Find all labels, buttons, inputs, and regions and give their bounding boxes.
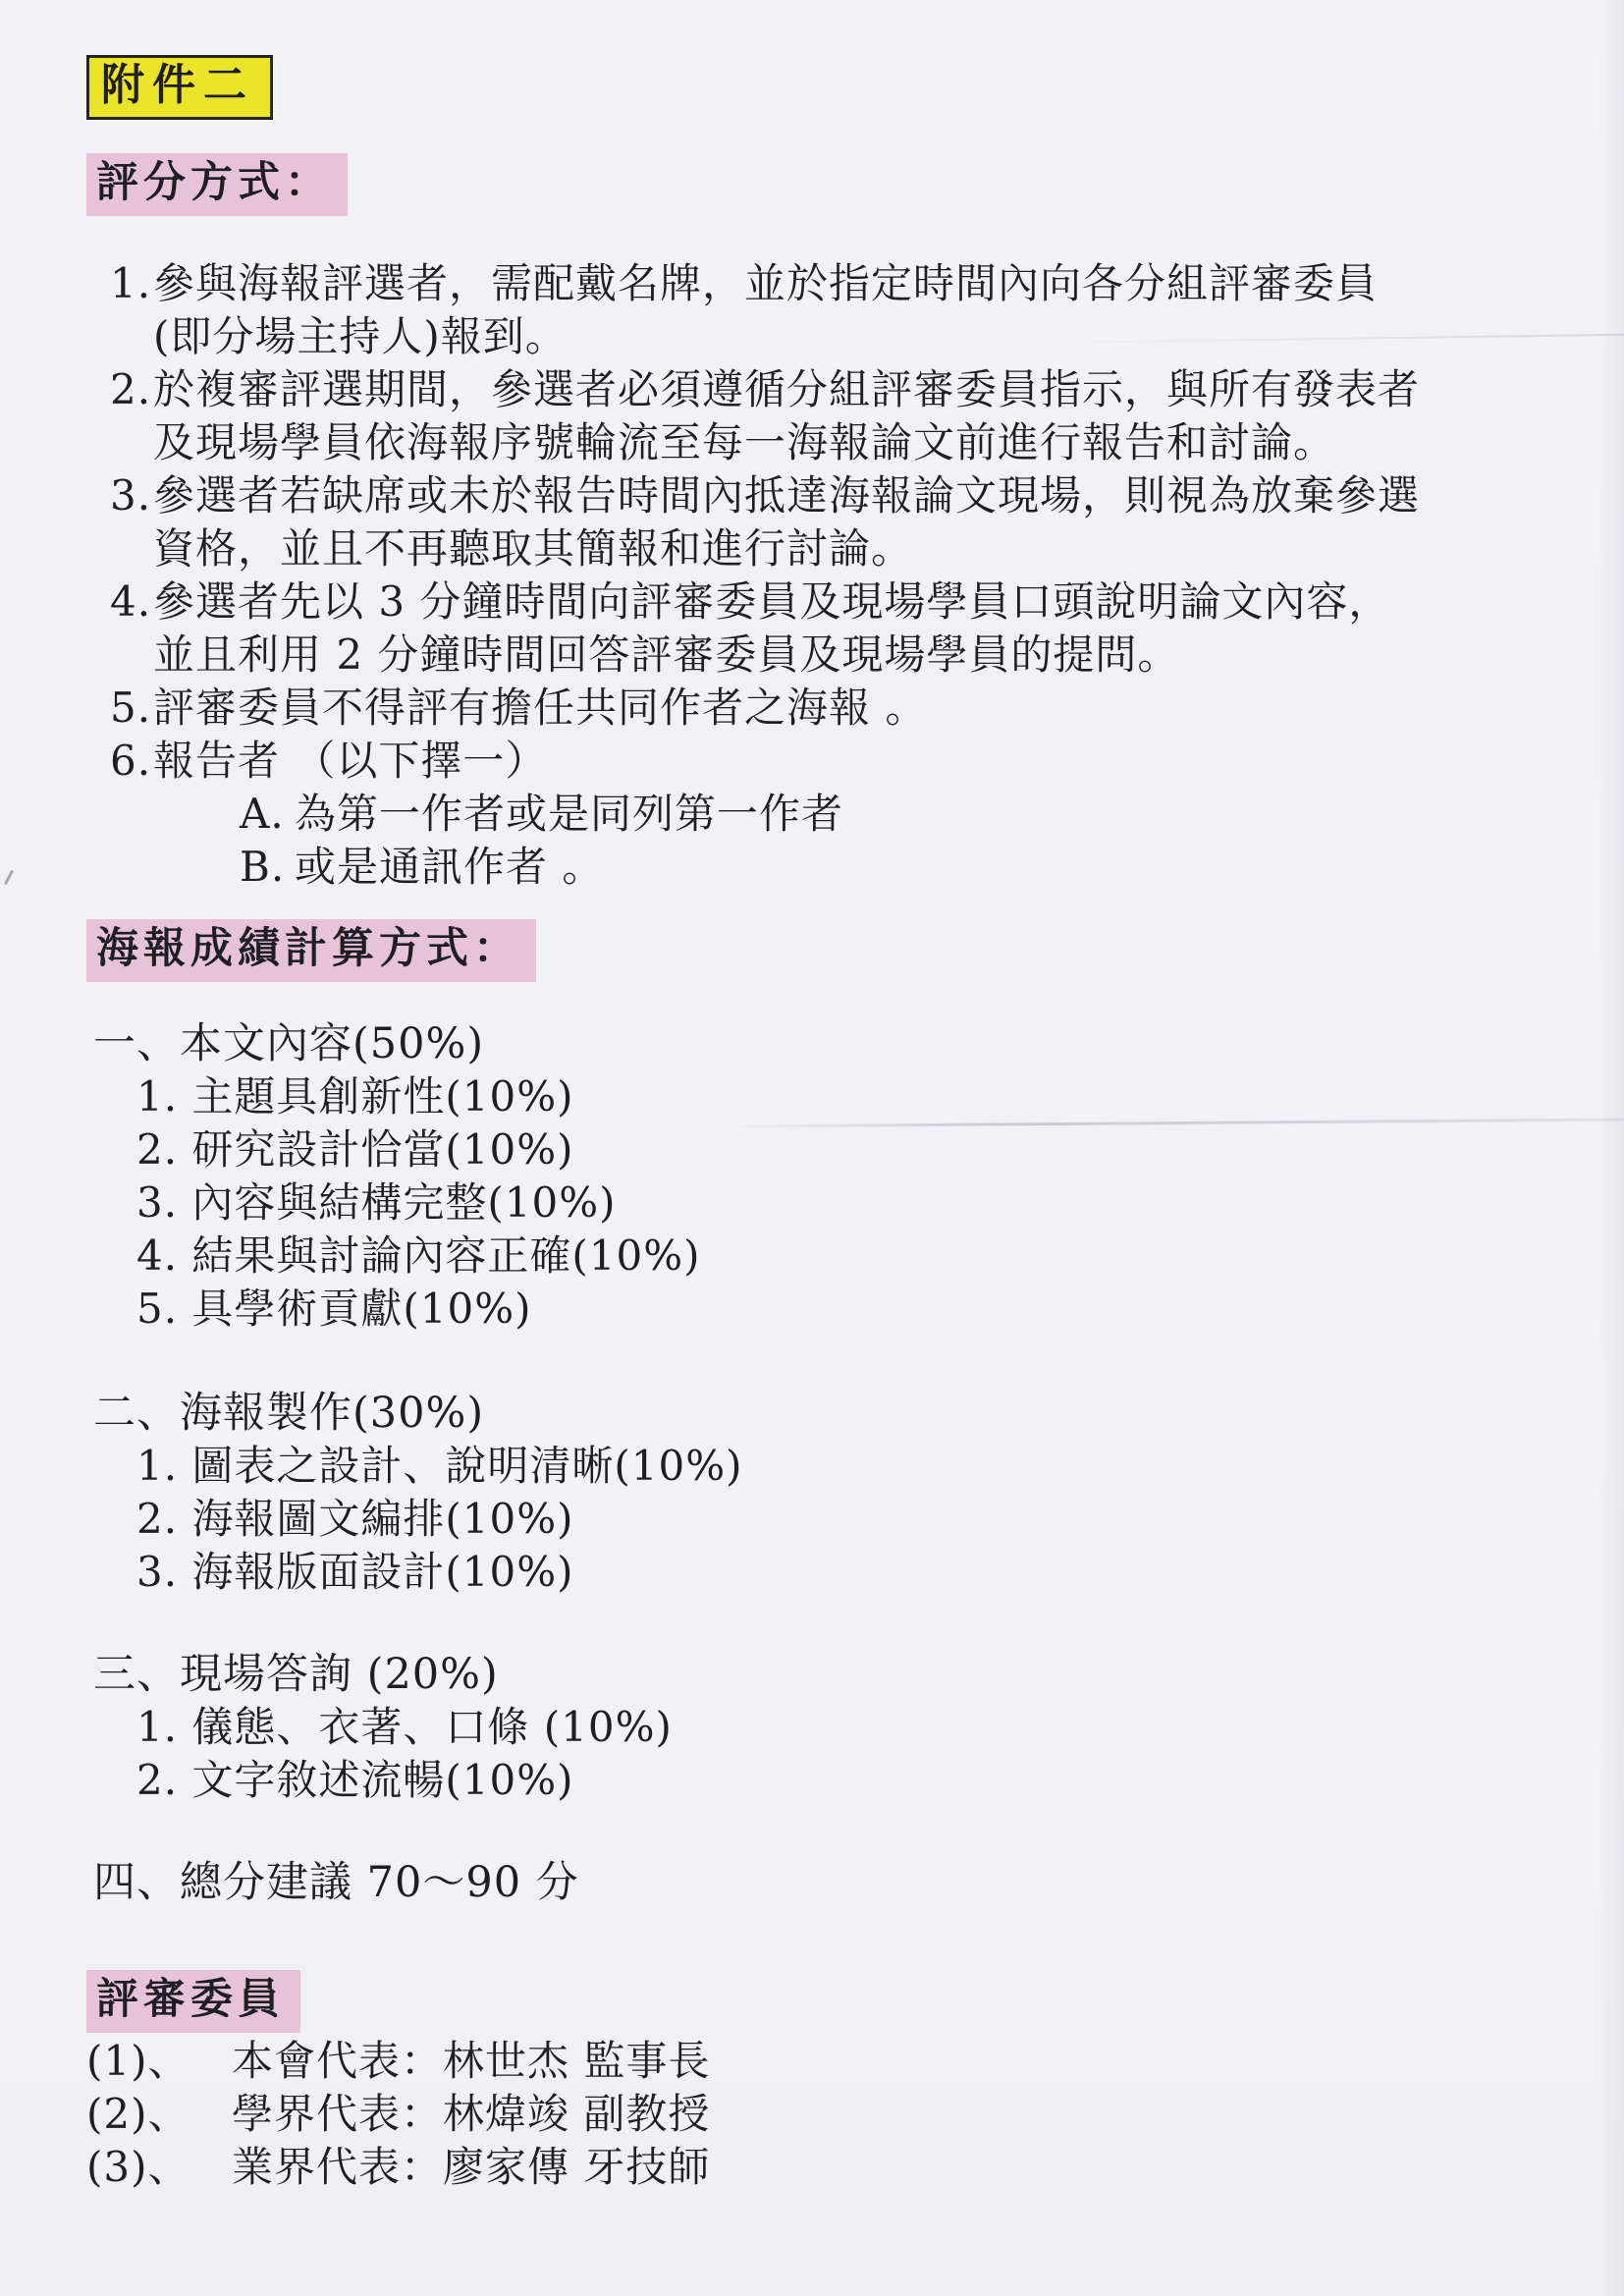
score-item: 4. 結果與討論內容正確(10%) bbox=[136, 1230, 1569, 1283]
rule-text: 於複審評選期間，參選者必須遵循分組評審委員指示，與所有發表者 及現場學員依海報序… bbox=[153, 363, 1569, 469]
score-item: 2. 文字敘述流暢(10%) bbox=[136, 1754, 1569, 1807]
option-text: 或是通訊作者 。 bbox=[295, 841, 604, 894]
rule-text: 參與海報評選者，需配戴名牌，並於指定時間內向各分組評審委員 (即分場主持人)報到… bbox=[153, 257, 1569, 363]
score-item: 2. 研究設計恰當(10%) bbox=[136, 1123, 1569, 1176]
rule-text-line: 於複審評選期間，參選者必須遵循分組評審委員指示，與所有發表者 bbox=[153, 363, 1569, 416]
score-item: 1. 儀態、衣著、口條 (10%) bbox=[136, 1701, 1569, 1754]
rule-item-6: 6. 報告者 （以下擇一） bbox=[110, 735, 1569, 788]
judge-row: (3)、 業界代表：廖家傳 牙技師 bbox=[86, 2141, 1569, 2194]
scoring-method-heading: 評分方式： bbox=[86, 153, 348, 216]
score-item: 3. 內容與結構完整(10%) bbox=[136, 1176, 1569, 1230]
presenter-options-list: A. 為第一作者或是同列第一作者 B. 或是通訊作者 。 bbox=[240, 788, 1569, 894]
score-item: 1. 主題具創新性(10%) bbox=[136, 1070, 1569, 1123]
judge-number: (3)、 bbox=[86, 2141, 232, 2194]
section-title: 四、總分建議 70～90 分 bbox=[93, 1856, 1569, 1909]
judges-list: (1)、 本會代表：林世杰 監事長 (2)、 學界代表：林煒竣 副教授 (3)、… bbox=[86, 2035, 1569, 2194]
rule-text-line: 及現場學員依海報序號輪流至每一海報論文前進行報告和討論。 bbox=[153, 416, 1569, 469]
section-title: 三、現場答詢 (20%) bbox=[93, 1648, 1569, 1701]
rule-text-line: 並且利用 2 分鐘時間回答評審委員及現場學員的提問。 bbox=[153, 629, 1569, 682]
rule-text-line: 參選者先以 3 分鐘時間向評審委員及現場學員口頭說明論文內容， bbox=[153, 575, 1569, 629]
score-item: 5. 具學術貢獻(10%) bbox=[136, 1283, 1569, 1336]
rule-text-line: 報告者 （以下擇一） bbox=[153, 735, 1569, 788]
rule-item-4: 4. 參選者先以 3 分鐘時間向評審委員及現場學員口頭說明論文內容， 並且利用 … bbox=[110, 575, 1569, 682]
rule-number: 6. bbox=[110, 735, 153, 788]
rule-number: 5. bbox=[110, 682, 153, 735]
rule-text-line: 評審委員不得評有擔任共同作者之海報 。 bbox=[153, 682, 1569, 735]
presenter-option-b: B. 或是通訊作者 。 bbox=[240, 841, 1569, 894]
rule-number: 2. bbox=[110, 363, 153, 469]
judge-name: 業界代表：廖家傳 牙技師 bbox=[232, 2141, 710, 2194]
presenter-option-a: A. 為第一作者或是同列第一作者 bbox=[240, 788, 1569, 841]
rule-text-line: 參選者若缺席或未於報告時間內抵達海報論文現場，則視為放棄參選 bbox=[153, 469, 1569, 522]
scan-pen-mark bbox=[4, 870, 14, 886]
section-title: 二、海報製作(30%) bbox=[93, 1387, 1569, 1440]
rule-number: 1. bbox=[110, 257, 153, 363]
section-title: 一、本文內容(50%) bbox=[93, 1017, 1569, 1070]
score-item: 1. 圖表之設計、說明清晰(10%) bbox=[136, 1440, 1569, 1493]
option-text: 為第一作者或是同列第一作者 bbox=[295, 788, 843, 841]
rule-text: 報告者 （以下擇一） bbox=[153, 735, 1569, 788]
section-onsite-qa: 三、現場答詢 (20%) 1. 儀態、衣著、口條 (10%) 2. 文字敘述流暢… bbox=[93, 1648, 1569, 1807]
judge-name: 學界代表：林煒竣 副教授 bbox=[232, 2088, 710, 2141]
judge-row: (1)、 本會代表：林世杰 監事長 bbox=[86, 2035, 1569, 2088]
section-main-content: 一、本文內容(50%) 1. 主題具創新性(10%) 2. 研究設計恰當(10%… bbox=[93, 1017, 1569, 1336]
judge-number: (2)、 bbox=[86, 2088, 232, 2141]
rule-item-2: 2. 於複審評選期間，參選者必須遵循分組評審委員指示，與所有發表者 及現場學員依… bbox=[110, 363, 1569, 469]
rule-number: 4. bbox=[110, 575, 153, 682]
score-item: 2. 海報圖文編排(10%) bbox=[136, 1493, 1569, 1546]
rule-text: 參選者若缺席或未於報告時間內抵達海報論文現場，則視為放棄參選 資格，並且不再聽取… bbox=[153, 469, 1569, 575]
scanned-document-page: 附件二 評分方式： 1. 參與海報評選者，需配戴名牌，並於指定時間內向各分組評審… bbox=[0, 0, 1624, 2296]
rule-text: 參選者先以 3 分鐘時間向評審委員及現場學員口頭說明論文內容， 並且利用 2 分… bbox=[153, 575, 1569, 682]
rule-item-3: 3. 參選者若缺席或未於報告時間內抵達海報論文現場，則視為放棄參選 資格，並且不… bbox=[110, 469, 1569, 575]
score-calculation-heading: 海報成績計算方式： bbox=[86, 919, 536, 982]
judges-heading: 評審委員 bbox=[86, 1970, 300, 2033]
option-letter: A. bbox=[240, 788, 295, 841]
rule-text: 評審委員不得評有擔任共同作者之海報 。 bbox=[153, 682, 1569, 735]
score-item: 3. 海報版面設計(10%) bbox=[136, 1546, 1569, 1599]
judge-name: 本會代表：林世杰 監事長 bbox=[232, 2035, 710, 2088]
rule-item-5: 5. 評審委員不得評有擔任共同作者之海報 。 bbox=[110, 682, 1569, 735]
rule-text-line: 資格，並且不再聽取其簡報和進行討論。 bbox=[153, 522, 1569, 575]
attachment-tag: 附件二 bbox=[86, 55, 273, 120]
rule-number: 3. bbox=[110, 469, 153, 575]
option-letter: B. bbox=[240, 841, 295, 894]
rule-text-line: 參與海報評選者，需配戴名牌，並於指定時間內向各分組評審委員 bbox=[153, 257, 1569, 310]
attachment-tag-label: 附件二 bbox=[101, 60, 254, 110]
section-poster-production: 二、海報製作(30%) 1. 圖表之設計、說明清晰(10%) 2. 海報圖文編排… bbox=[93, 1387, 1569, 1599]
section-total-score: 四、總分建議 70～90 分 bbox=[93, 1856, 1569, 1909]
scoring-rules-list: 1. 參與海報評選者，需配戴名牌，並於指定時間內向各分組評審委員 (即分場主持人… bbox=[110, 257, 1569, 894]
rule-item-1: 1. 參與海報評選者，需配戴名牌，並於指定時間內向各分組評審委員 (即分場主持人… bbox=[110, 257, 1569, 363]
judge-row: (2)、 學界代表：林煒竣 副教授 bbox=[86, 2088, 1569, 2141]
judge-number: (1)、 bbox=[86, 2035, 232, 2088]
